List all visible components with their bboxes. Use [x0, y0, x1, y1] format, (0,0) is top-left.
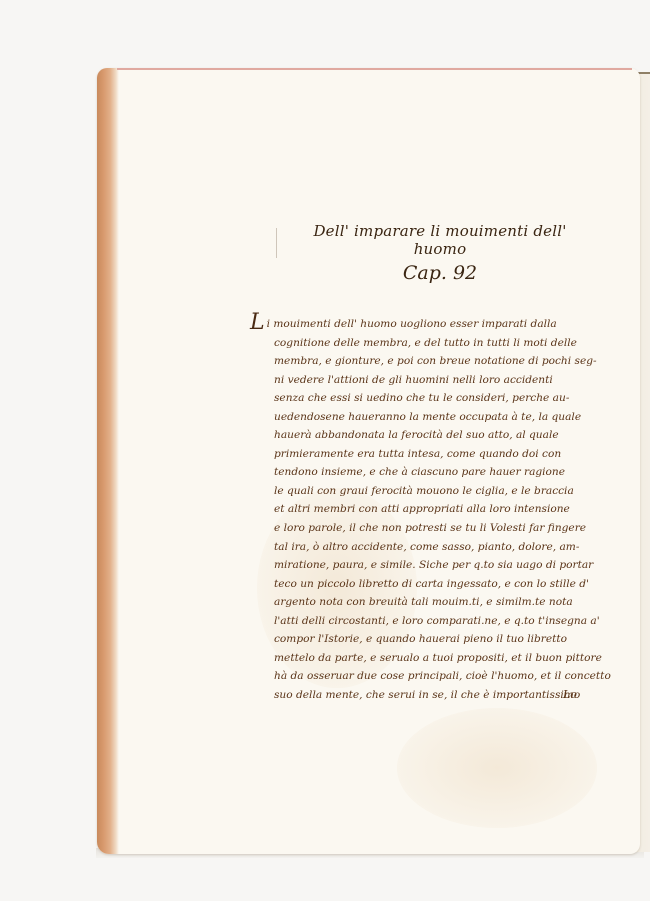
text-line: cognitione delle membra, e del tutto in …: [250, 334, 595, 353]
initial-letter: L: [250, 310, 265, 335]
text-line: et altri membri con atti appropriati all…: [250, 500, 595, 519]
chapter-heading: Dell' imparare li mouimenti dell' huomo …: [300, 222, 580, 284]
text-line: ni vedere l'attioni de gli huomini nelli…: [250, 371, 595, 390]
text-line: primieramente era tutta intesa, come qua…: [250, 445, 595, 464]
text-line: e loro parole, il che non potresti se tu…: [250, 519, 595, 538]
text-line: senza che essi si uedino che tu le consi…: [250, 389, 595, 408]
text-line: argento nota con breuità tali mouim.ti, …: [250, 593, 595, 612]
text-line: mettelo da parte, e serualo a tuoi propo…: [250, 649, 595, 668]
text-line: compor l'Istorie, e quando hauerai pieno…: [250, 630, 595, 649]
text-line: hauerà abbandonata la ferocità del suo a…: [250, 426, 595, 445]
paper-stain: [397, 708, 597, 828]
text-line: teco un piccolo libretto di carta ingess…: [250, 575, 595, 594]
text-line: miratione, paura, e simile. Siche per q.…: [250, 556, 595, 575]
chapter-body: Li mouimenti dell' huomo uogliono esser …: [250, 312, 595, 704]
text-line: tal ira, ò altro accidente, come sasso, …: [250, 538, 595, 557]
text-line: le quali con graui ferocità mouono le ci…: [250, 482, 595, 501]
text-line: Li mouimenti dell' huomo uogliono esser …: [250, 312, 595, 334]
ruling-line: [276, 228, 277, 258]
chapter-title: Dell' imparare li mouimenti dell' huomo: [300, 222, 580, 258]
text-line: membra, e gionture, e poi con breue nota…: [250, 352, 595, 371]
text-line: l'atti delli circostanti, e loro compara…: [250, 612, 595, 631]
chapter-number: Cap. 92: [300, 262, 580, 284]
catchword: Lo: [563, 688, 577, 701]
text-line: suo della mente, che serui in se, il che…: [250, 686, 595, 705]
text-line: uedendosene haueranno la mente occupata …: [250, 408, 595, 427]
text-line: tendono insieme, e che à ciascuno pare h…: [250, 463, 595, 482]
text-line: hà da osseruar due cose principali, cioè…: [250, 667, 595, 686]
